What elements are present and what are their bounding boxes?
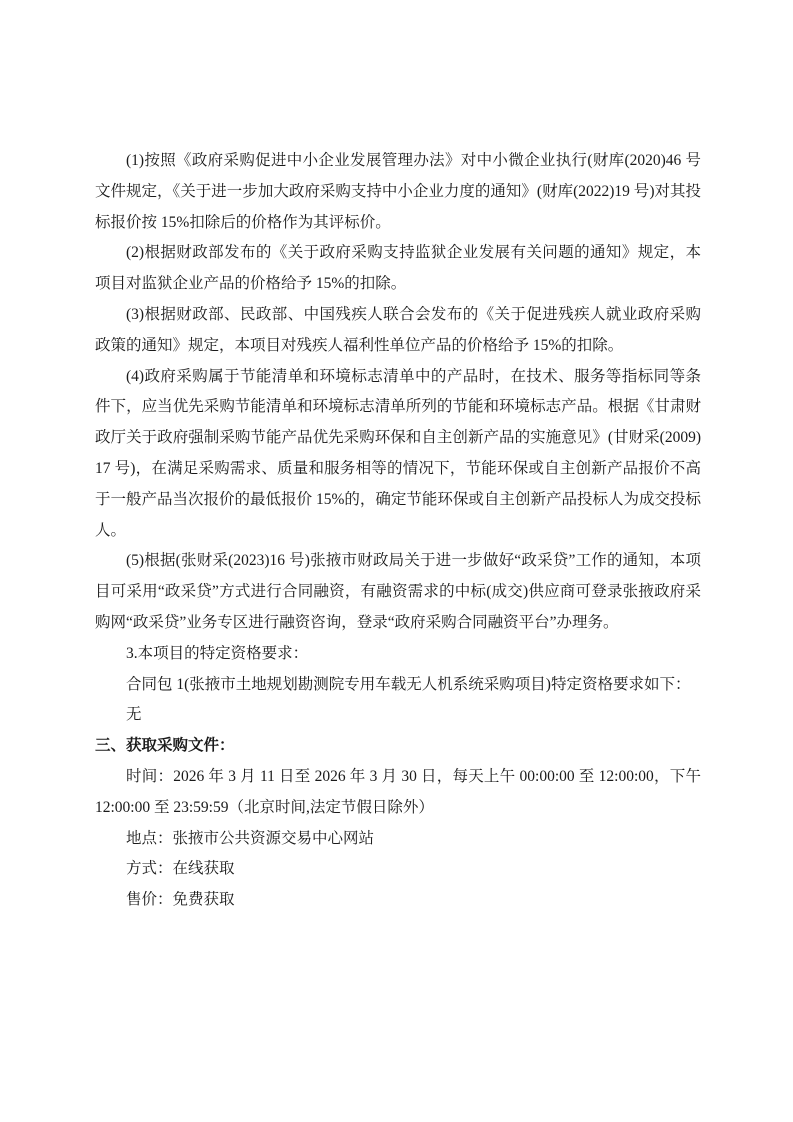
para-time: 时间：2026 年 3 月 11 日至 2026 年 3 月 30 日，每天上午… (95, 762, 701, 824)
section-heading-obtain-documents: 三、获取采购文件： (95, 731, 701, 762)
para-none: 无 (95, 700, 701, 731)
para-zhengcaidai-financing: (5)根据(张财采(2023)16 号)张掖市财政局关于进一步做好“政采贷”工作… (95, 546, 701, 638)
para-prison-enterprise-deduction: (2)根据财政部发布的《关于政府采购支持监狱企业发展有关问题的通知》规定，本项目… (95, 238, 701, 300)
para-disabled-welfare-deduction: (3)根据财政部、民政部、中国残疾人联合会发布的《关于促进残疾人就业政府采购政策… (95, 300, 701, 362)
para-energy-saving-priority: (4)政府采购属于节能清单和环境标志清单中的产品时，在技术、服务等指标同等条件下… (95, 362, 701, 547)
para-sme-price-deduction: (1)按照《政府采购促进中小企业发展管理办法》对中小微企业执行(财库(2020)… (95, 146, 701, 238)
para-method: 方式：在线获取 (95, 854, 701, 885)
para-price: 售价：免费获取 (95, 885, 701, 916)
document-content: (1)按照《政府采购促进中小企业发展管理办法》对中小微企业执行(财库(2020)… (95, 146, 701, 916)
para-package1-qualification: 合同包 1(张掖市土地规划勘测院专用车载无人机系统采购项目)特定资格要求如下： (95, 670, 701, 701)
document-page: (1)按照《政府采购促进中小企业发展管理办法》对中小微企业执行(财库(2020)… (0, 0, 793, 1122)
para-location: 地点：张掖市公共资源交易中心网站 (95, 824, 701, 855)
para-specific-qualification-title: 3.本项目的特定资格要求： (95, 639, 701, 670)
